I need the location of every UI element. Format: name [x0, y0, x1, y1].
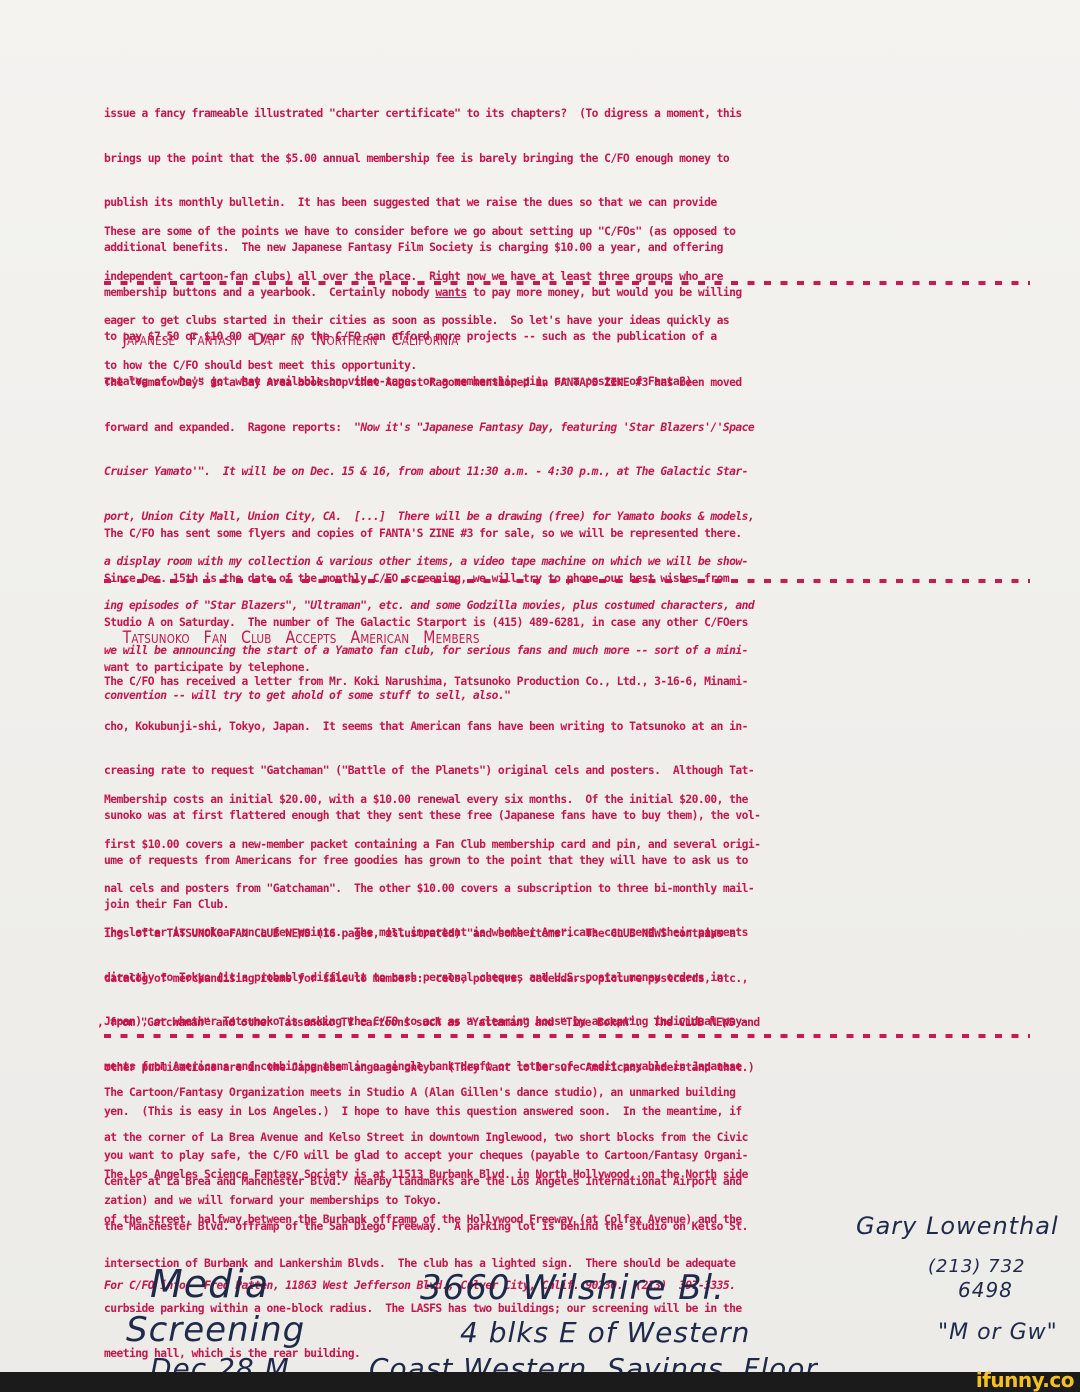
- handwritten-signature: Gary Lowenthal: [856, 1212, 1059, 1240]
- quote-line: Cruiser Yamato'". It will be on Dec. 15 …: [104, 465, 1034, 480]
- text-line: cho, Kokubunji-shi, Tokyo, Japan. It see…: [104, 720, 1034, 735]
- text-line: The Cartoon/Fantasy Organization meets i…: [104, 1086, 1034, 1101]
- watermark-bar: [0, 1372, 1080, 1392]
- text-line: The C/FO has received a letter from Mr. …: [104, 675, 1034, 690]
- section-divider: [104, 281, 1030, 285]
- text-line: first $10.00 covers a new-member packet …: [104, 838, 1034, 853]
- text-line: forward and expanded. Ragone reports: "N…: [104, 421, 1034, 436]
- section-divider: [104, 579, 1030, 583]
- ifunny-watermark: ifunny.co: [976, 1368, 1074, 1392]
- handwritten-address: 3660 Wilshire Bl.: [420, 1268, 725, 1308]
- text-line: Membership costs an initial $20.00, with…: [104, 793, 1034, 808]
- text-line: The "Yamato Day" in a Bay Area bookshop …: [104, 376, 1034, 391]
- handwritten-screening: Screening: [126, 1310, 305, 1350]
- text-line: The Los Angeles Science Fantasy Society …: [104, 1168, 1034, 1183]
- quote-text: "Now it's "Japanese Fantasy Day, featuri…: [354, 421, 754, 434]
- handwritten-media: Media: [150, 1262, 269, 1306]
- text-span: forward and expanded. Ragone reports:: [104, 421, 354, 434]
- text-line: The C/FO has sent some flyers and copies…: [104, 527, 1034, 542]
- handwritten-note: "M or Gw": [938, 1320, 1058, 1345]
- text-line: nal cels and posters from "Gatchaman". T…: [104, 882, 1034, 897]
- text-line: directly to Tokyo (it's probably difficu…: [104, 971, 1034, 986]
- handwritten-directions: 4 blks E of Western: [460, 1316, 750, 1349]
- handwritten-phone-area: (213) 732: [928, 1256, 1025, 1277]
- scanned-page: issue a fancy frameable illustrated "cha…: [0, 0, 1080, 1372]
- handwritten-phone-number: 6498: [958, 1278, 1013, 1302]
- text-line: These are some of the points we have to …: [104, 225, 1034, 240]
- text-line: The letter is unclear on a few points. T…: [104, 926, 1034, 941]
- text-line: brings up the point that the $5.00 annua…: [104, 152, 1034, 167]
- text-line: Japan), or whether Tatsunoko is asking t…: [104, 1015, 1034, 1030]
- text-line: issue a fancy frameable illustrated "cha…: [104, 107, 1034, 122]
- section-divider: [104, 1034, 1030, 1038]
- handwritten-cutoff-line: Dec 28 M Coast Western Savings Floor: [150, 1352, 818, 1372]
